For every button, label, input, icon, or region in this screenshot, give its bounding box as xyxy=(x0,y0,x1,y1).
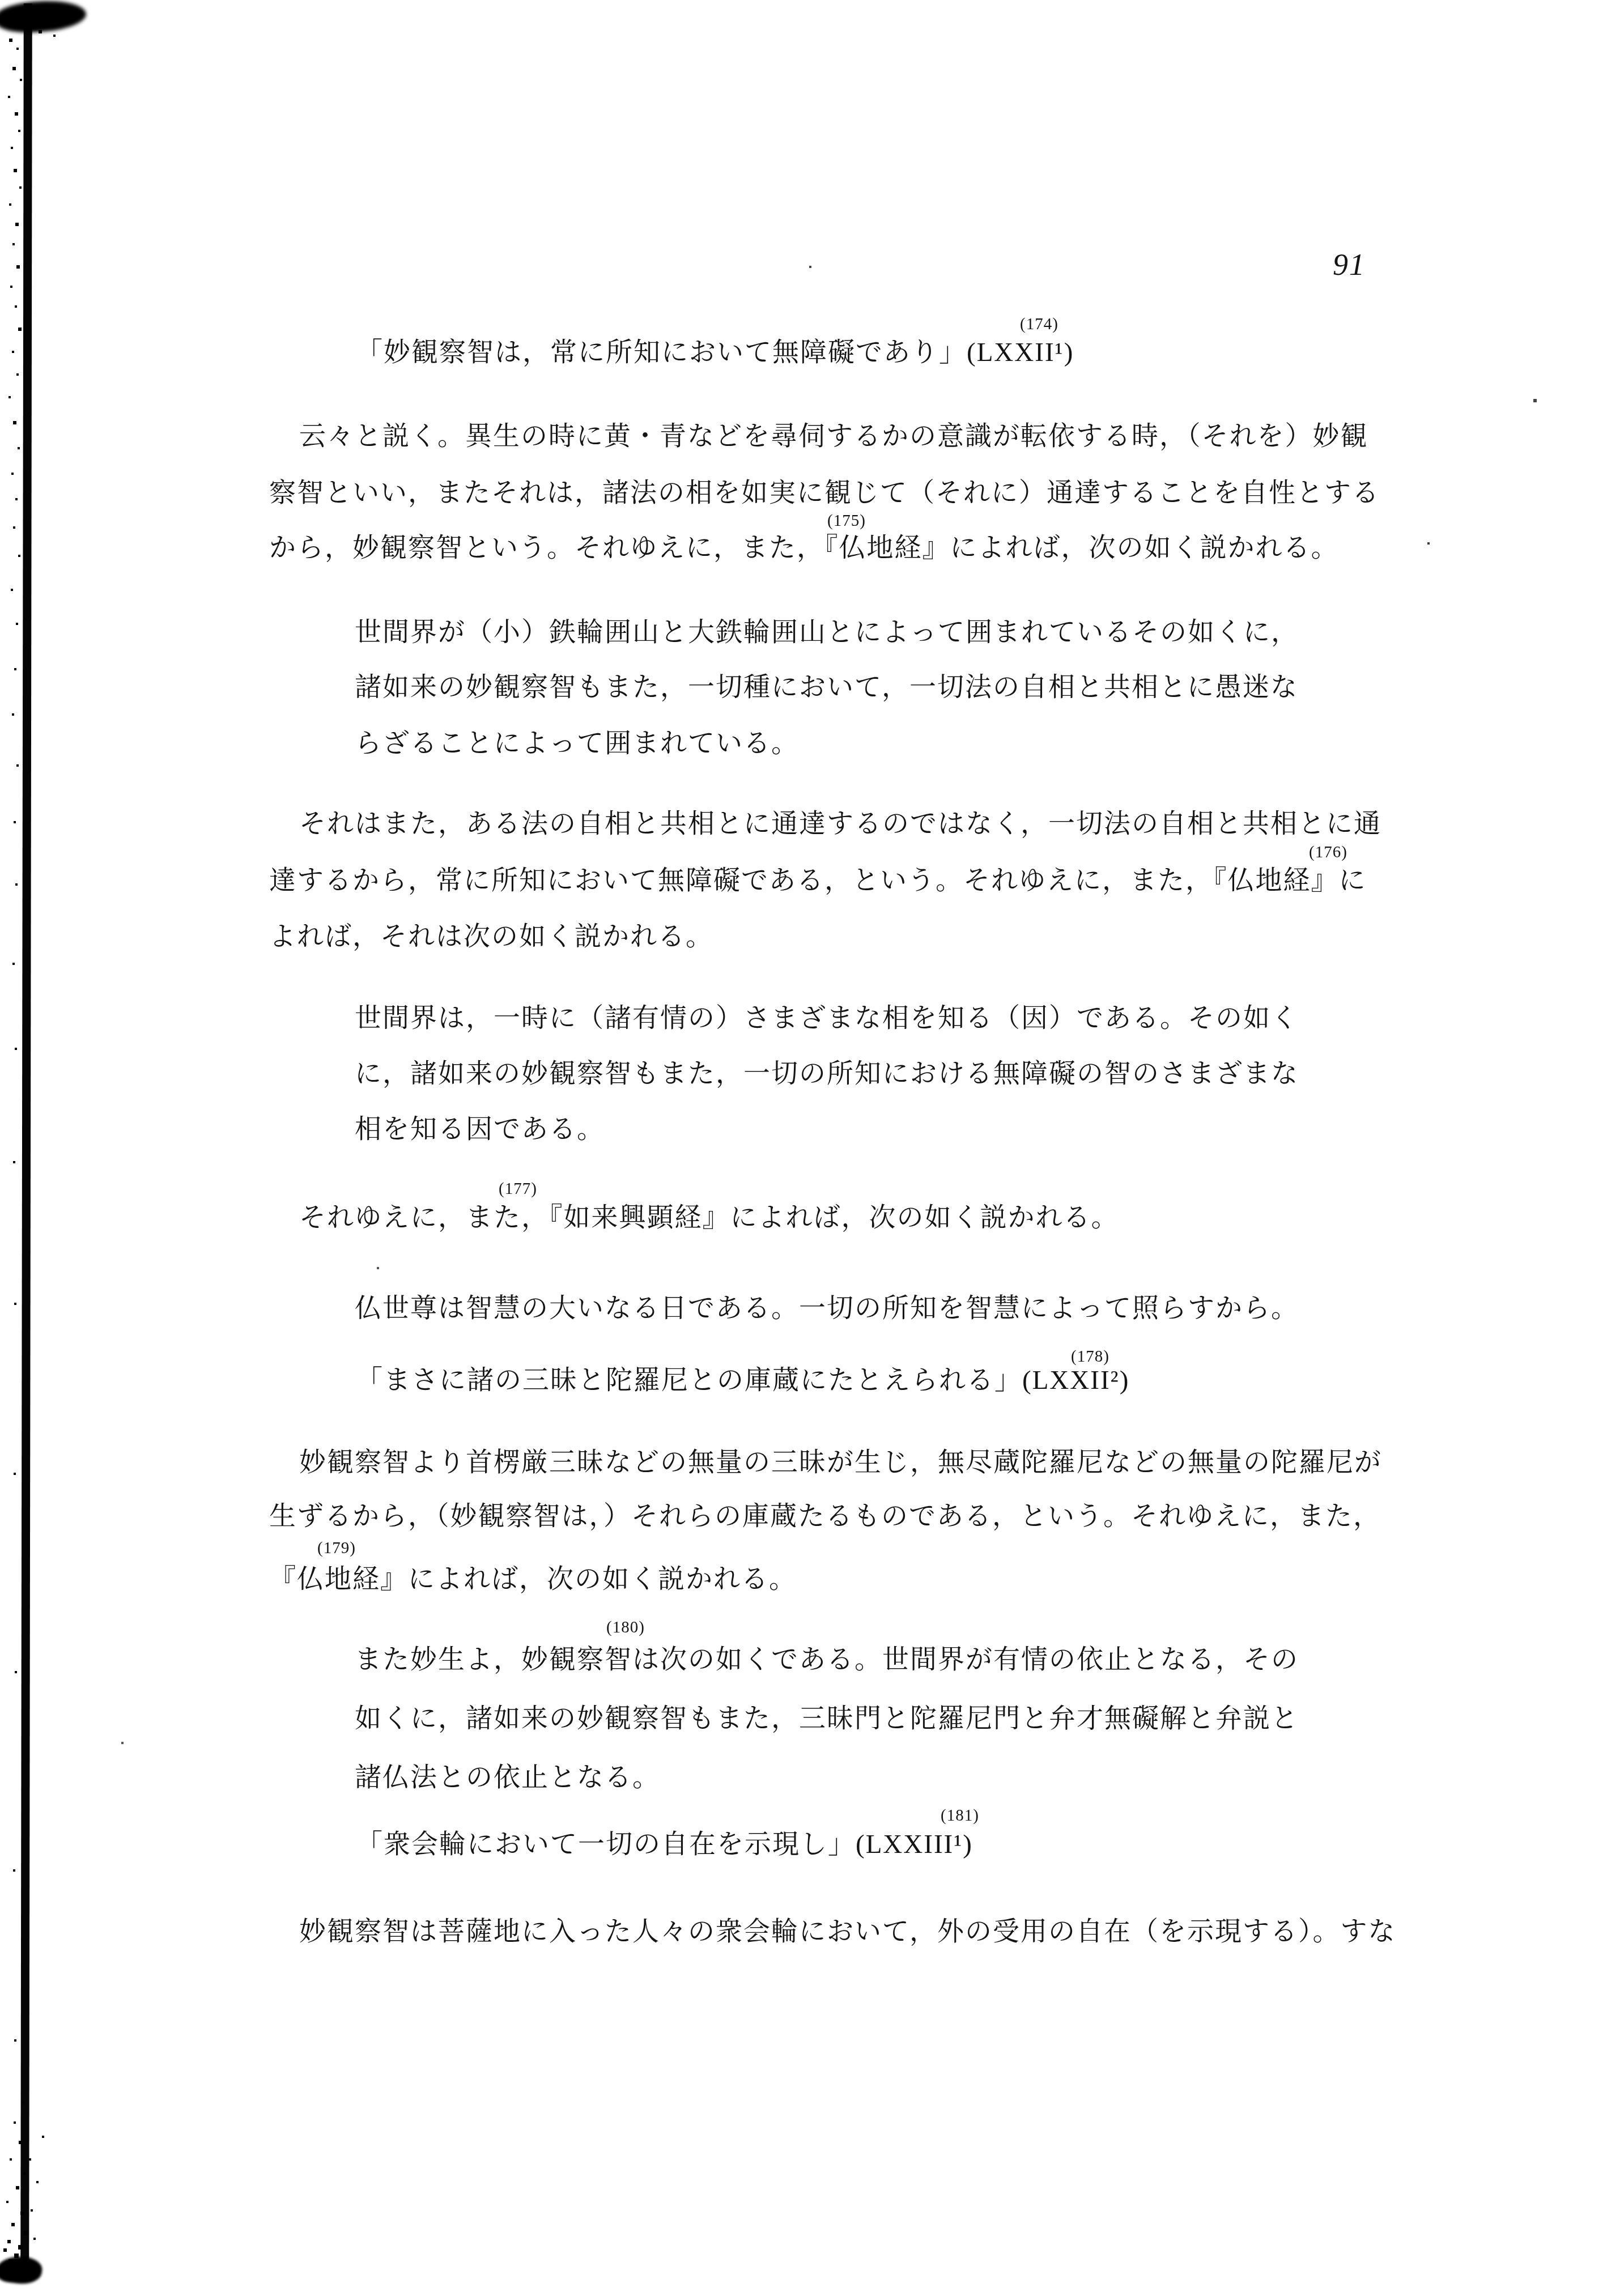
footnote-ref-181: (181) xyxy=(941,1806,979,1825)
blockquote-line: 諸仏法との依止となる。 xyxy=(355,1763,660,1793)
paragraph-line: 生ずるから，（妙観察智は，）それらの庫蔵たるものである，という。それゆえに，また… xyxy=(269,1502,1381,1532)
blockquote-line: 如くに，諸如来の妙観察智もまた，三昧門と陀羅尼門と弁才無礙解と弁説と xyxy=(355,1704,1299,1734)
blockquote-line: らざることによって囲まれている。 xyxy=(355,729,799,759)
paragraph-line: 云々と説く。異生の時に黄・青などを尋伺するかの意識が転依する時，（それを）妙観 xyxy=(299,422,1368,452)
paragraph-line: 達するから，常に所知において無障礙である，という。それゆえに，また，『仏地経』に xyxy=(269,866,1367,896)
page-number: 91 xyxy=(1333,247,1366,282)
paragraph-line: 察智といい，またそれは，諸法の相を如実に観じて（それに）通達することを自性とする xyxy=(269,479,1380,508)
scan-stray-marks xyxy=(0,0,1,1)
footnote-ref-174: (174) xyxy=(1020,315,1058,334)
blockquote-line: 相を知る因である。 xyxy=(355,1115,605,1145)
footnote-ref-180: (180) xyxy=(606,1618,645,1637)
footnote-ref-179: (179) xyxy=(317,1539,356,1558)
blockquote-line: 世間界は，一時に（諸有情の）さまざまな相を知る（因）である。その如く xyxy=(355,1004,1299,1034)
paragraph-line: 妙観察智より首楞厳三昧などの無量の三昧が生じ，無尽蔵陀羅尼などの無量の陀羅尼が xyxy=(299,1448,1382,1478)
scan-gutter-bar xyxy=(20,3,32,2278)
blockquote-line: に，諸如来の妙観察智もまた，一切の所知における無障礙の智のさまざまな xyxy=(355,1060,1299,1089)
blockquote-line: 仏世尊は智慧の大いなる日である。一切の所知を智慧によって照らすから。 xyxy=(355,1294,1299,1324)
scan-smudge-top xyxy=(0,0,87,36)
paragraph-line: それゆえに，また，『如来興顕経』によれば，次の如く説かれる。 xyxy=(299,1204,1119,1233)
paragraph-line: 『仏地経』によれば，次の如く説かれる。 xyxy=(269,1565,797,1595)
footnote-ref-175: (175) xyxy=(827,512,866,530)
verse-quote-line: 「衆会輪において一切の自在を示現し」(LXXIII¹) xyxy=(356,1830,973,1860)
blockquote-line: また妙生よ，妙観察智は次の如くである。世間界が有情の依止となる，その xyxy=(355,1646,1299,1675)
paragraph-line: 妙観察智は菩薩地に入った人々の衆会輪において，外の受用の自在（を示現する）。すな xyxy=(299,1917,1396,1947)
scan-speckles-bottom xyxy=(0,2068,1,2069)
paragraph-line: それはまた，ある法の自相と共相とに通達するのではなく，一切法の自相と共相とに通 xyxy=(299,810,1381,839)
verse-quote-line: 「妙観察智は，常に所知において無障礙であり」(LXXII¹) xyxy=(356,338,1074,368)
scanned-document-page: 91 (174) 「妙観察智は，常に所知において無障礙であり」(LXXII¹) … xyxy=(0,0,1624,2296)
paragraph-line: から，妙観察智という。それゆえに，また，『仏地経』によれば，次の如く説かれる。 xyxy=(269,534,1339,563)
blockquote-line: 諸如来の妙観察智もまた，一切種において，一切法の自相と共相とに愚迷な xyxy=(355,673,1298,703)
scan-blob-bottom xyxy=(0,2254,44,2286)
blockquote-line: 世間界が（小）鉄輪囲山と大鉄輪囲山とによって囲まれているその如くに， xyxy=(355,618,1299,648)
verse-quote-line: 「まさに諸の三昧と陀羅尼との庫蔵にたとえられる」(LXXII²) xyxy=(356,1366,1129,1396)
footnote-ref-176: (176) xyxy=(1309,843,1347,862)
footnote-ref-177: (177) xyxy=(499,1180,537,1198)
paragraph-line: よれば，それは次の如く説かれる。 xyxy=(269,922,713,952)
footnote-ref-178: (178) xyxy=(1071,1347,1109,1366)
